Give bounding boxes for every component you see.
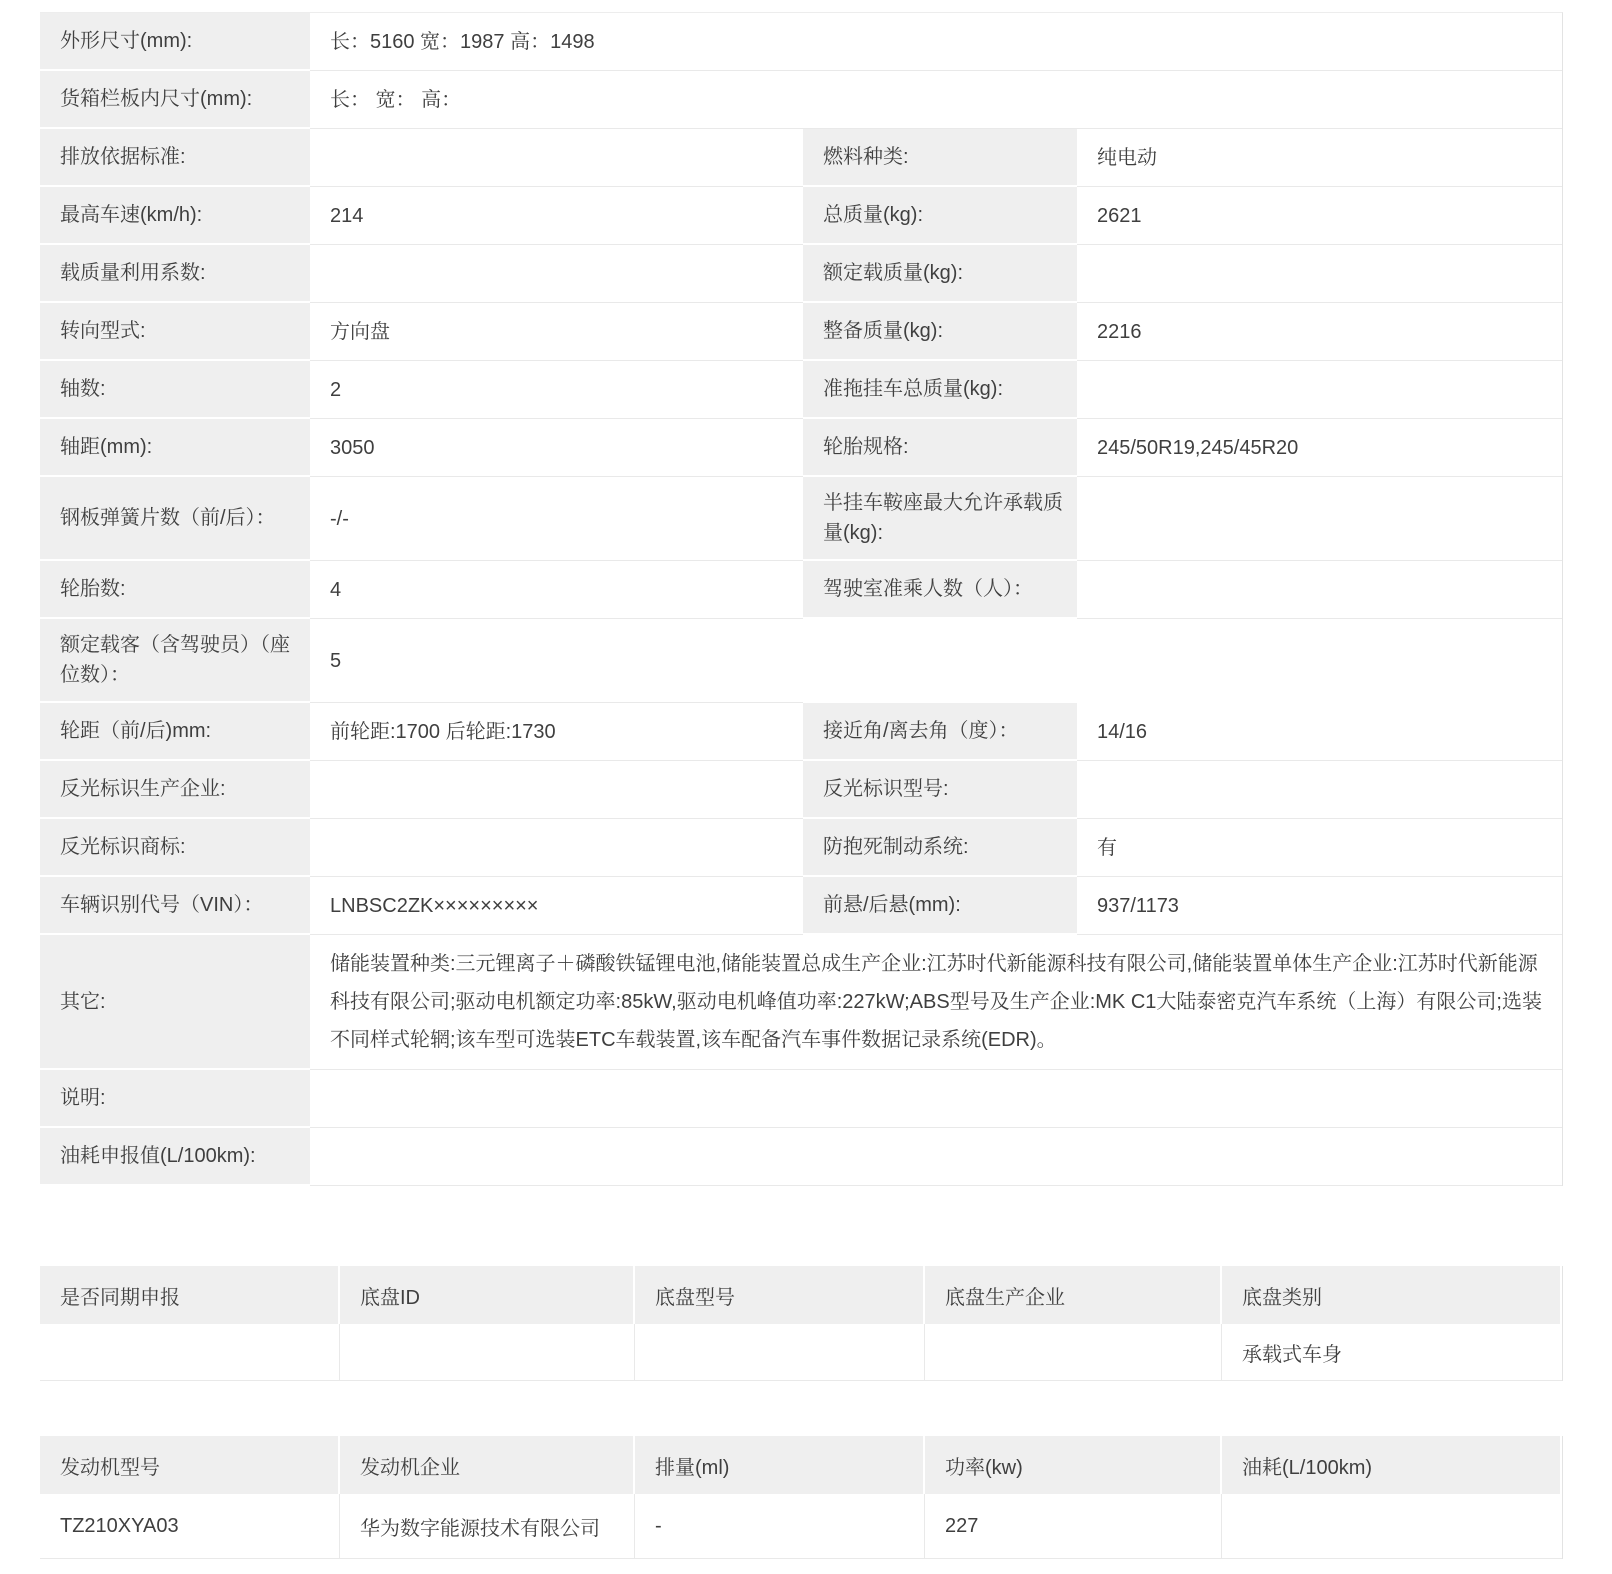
row-value: 储能装置种类:三元锂离子＋磷酸铁锰锂电池,储能装置总成生产企业:江苏时代新能源科… [310, 935, 1562, 1070]
row-label: 防抱死制动系统: [803, 819, 1077, 877]
row-value [310, 1070, 1562, 1128]
row-value [1077, 361, 1562, 419]
row-value: 14/16 [1077, 703, 1562, 761]
row-label: 接近角/离去角（度）： [803, 703, 1077, 761]
row-value: 4 [310, 561, 803, 619]
row-label: 说明: [40, 1070, 310, 1128]
row-value: 2621 [1077, 187, 1562, 245]
table-cell [925, 1324, 1222, 1381]
spec-row-fuel-declared: 油耗申报值(L/100km): [40, 1128, 1562, 1186]
table-cell: 227 [925, 1494, 1222, 1559]
row-value: 纯电动 [1077, 129, 1562, 187]
table-cell [40, 1324, 340, 1381]
spec-row-tyre-count-cab-capacity: 轮胎数: 4 驾驶室准乘人数（人）： [40, 561, 1562, 619]
row-value: LNBSC2ZK××××××××× [310, 877, 803, 935]
spec-row-cargo-box: 货箱栏板内尺寸(mm): 长： 宽： 高： [40, 71, 1562, 129]
row-value [1077, 245, 1562, 303]
row-label: 钢板弹簧片数（前/后）： [40, 477, 310, 561]
column-header: 底盘ID [340, 1266, 635, 1324]
row-label: 转向型式: [40, 303, 310, 361]
row-value: 长： 宽： 高： [310, 71, 1562, 129]
row-label: 反光标识商标: [40, 819, 310, 877]
spec-row-reflective-maker-model: 反光标识生产企业: 反光标识型号: [40, 761, 1562, 819]
spec-row-dimensions: 外形尺寸(mm): 长：5160 宽：1987 高：1498 [40, 13, 1562, 71]
row-value: 有 [1077, 819, 1562, 877]
row-value [310, 819, 803, 877]
spec-row-other: 其它: 储能装置种类:三元锂离子＋磷酸铁锰锂电池,储能装置总成生产企业:江苏时代… [40, 935, 1562, 1070]
row-label: 排放依据标准: [40, 129, 310, 187]
row-label: 油耗申报值(L/100km): [40, 1128, 310, 1186]
column-header: 发动机企业 [340, 1436, 635, 1494]
row-label: 轴数: [40, 361, 310, 419]
row-label: 反光标识生产企业: [40, 761, 310, 819]
row-value: 2 [310, 361, 803, 419]
row-value [310, 1128, 1562, 1186]
row-label: 反光标识型号: [803, 761, 1077, 819]
row-label: 额定载质量(kg): [803, 245, 1077, 303]
row-label: 整备质量(kg): [803, 303, 1077, 361]
row-label: 准拖挂车总质量(kg): [803, 361, 1077, 419]
row-label: 前悬/后悬(mm): [803, 877, 1077, 935]
row-value [310, 761, 803, 819]
row-label: 载质量利用系数: [40, 245, 310, 303]
spec-table: 外形尺寸(mm): 长：5160 宽：1987 高：1498 货箱栏板内尺寸(m… [40, 12, 1563, 1186]
row-value: -/- [310, 477, 803, 561]
spec-row-vin-overhang: 车辆识别代号（VIN）： LNBSC2ZK××××××××× 前悬/后悬(mm)… [40, 877, 1562, 935]
column-header: 排量(ml) [635, 1436, 925, 1494]
table-cell [635, 1324, 925, 1381]
row-value: 2216 [1077, 303, 1562, 361]
spec-row-reflective-brand-abs: 反光标识商标: 防抱死制动系统: 有 [40, 819, 1562, 877]
row-label: 轮胎数: [40, 561, 310, 619]
table-cell [1222, 1494, 1562, 1559]
row-label: 轴距(mm): [40, 419, 310, 477]
spacer [40, 1186, 1563, 1266]
row-label: 燃料种类: [803, 129, 1077, 187]
row-value: 方向盘 [310, 303, 803, 361]
row-label: 轮距（前/后)mm: [40, 703, 310, 761]
row-value: 5 [310, 619, 803, 703]
spec-row-load-factor-rated-load: 载质量利用系数: 额定载质量(kg): [40, 245, 1562, 303]
table-cell: TZ210XYA03 [40, 1494, 340, 1559]
spec-row-seating: 额定载客（含驾驶员）（座位数）： 5 [40, 619, 1562, 703]
row-label: 轮胎规格: [803, 419, 1077, 477]
row-value: 937/1173 [1077, 877, 1562, 935]
empty-area [803, 619, 1562, 703]
row-label: 驾驶室准乘人数（人）： [803, 561, 1077, 619]
row-label: 货箱栏板内尺寸(mm): [40, 71, 310, 129]
row-label: 最高车速(km/h): [40, 187, 310, 245]
column-header: 是否同期申报 [40, 1266, 340, 1324]
table-cell: 承载式车身 [1222, 1324, 1562, 1381]
spec-row-track-angles: 轮距（前/后)mm: 前轮距:1700 后轮距:1730 接近角/离去角（度）：… [40, 703, 1562, 761]
table-cell: - [635, 1494, 925, 1559]
spec-row-axles-trailer-mass: 轴数: 2 准拖挂车总质量(kg): [40, 361, 1562, 419]
spec-row-notes: 说明: [40, 1070, 1562, 1128]
row-value [310, 129, 803, 187]
spec-row-emission-fuel: 排放依据标准: 燃料种类: 纯电动 [40, 129, 1562, 187]
row-value: 245/50R19,245/45R20 [1077, 419, 1562, 477]
row-value: 214 [310, 187, 803, 245]
row-value [1077, 761, 1562, 819]
table-cell: 华为数字能源技术有限公司 [340, 1494, 635, 1559]
table-cell [340, 1324, 635, 1381]
row-label: 车辆识别代号（VIN）： [40, 877, 310, 935]
spacer [40, 1381, 1563, 1436]
row-label: 外形尺寸(mm): [40, 13, 310, 71]
engine-table: 发动机型号 发动机企业 排量(ml) 功率(kw) 油耗(L/100km) TZ… [40, 1436, 1563, 1559]
chassis-table: 是否同期申报 底盘ID 底盘型号 底盘生产企业 底盘类别 承载式车身 [40, 1266, 1563, 1381]
row-value: 3050 [310, 419, 803, 477]
column-header: 油耗(L/100km) [1222, 1436, 1562, 1494]
column-header: 底盘型号 [635, 1266, 925, 1324]
row-label: 额定载客（含驾驶员）（座位数）： [40, 619, 310, 703]
vehicle-spec-page: 外形尺寸(mm): 长：5160 宽：1987 高：1498 货箱栏板内尺寸(m… [40, 12, 1563, 1559]
row-value: 长：5160 宽：1987 高：1498 [310, 13, 1562, 71]
row-value [310, 245, 803, 303]
row-value: 前轮距:1700 后轮距:1730 [310, 703, 803, 761]
spec-row-speed-gross-mass: 最高车速(km/h): 214 总质量(kg): 2621 [40, 187, 1562, 245]
spec-row-springs-fifth-wheel: 钢板弹簧片数（前/后）： -/- 半挂车鞍座最大允许承载质量(kg): [40, 477, 1562, 561]
row-value [1077, 561, 1562, 619]
spec-row-steering-curb-mass: 转向型式: 方向盘 整备质量(kg): 2216 [40, 303, 1562, 361]
column-header: 功率(kw) [925, 1436, 1222, 1494]
spec-row-wheelbase-tyres: 轴距(mm): 3050 轮胎规格: 245/50R19,245/45R20 [40, 419, 1562, 477]
column-header: 底盘生产企业 [925, 1266, 1222, 1324]
row-value [1077, 477, 1562, 561]
row-label: 半挂车鞍座最大允许承载质量(kg): [803, 477, 1077, 561]
column-header: 发动机型号 [40, 1436, 340, 1494]
row-label: 其它: [40, 935, 310, 1070]
column-header: 底盘类别 [1222, 1266, 1562, 1324]
row-label: 总质量(kg): [803, 187, 1077, 245]
